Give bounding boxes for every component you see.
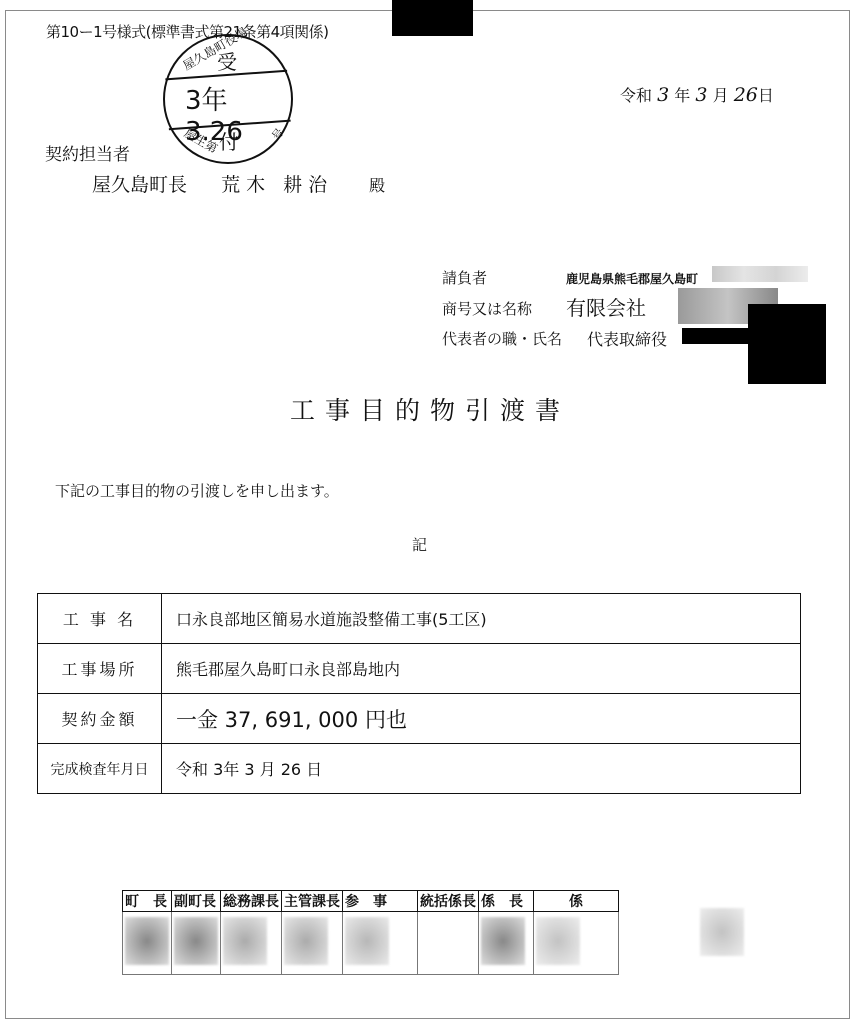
stamp-bottom-label: 付 xyxy=(219,126,239,155)
addressee: 屋久島町長 荒木 耕治 殿 xyxy=(92,170,385,197)
date-month-unit: 月 xyxy=(713,86,729,105)
seal-cell xyxy=(534,912,619,975)
document-title: 工事目的物引渡書 xyxy=(290,391,570,427)
blurred-seal xyxy=(174,917,218,965)
approval-title: 副町長 xyxy=(172,891,221,912)
row-label: 工事場所 xyxy=(38,644,162,694)
row-label: 完成検査年月日 xyxy=(38,744,162,794)
addressee-label: 契約担当者 xyxy=(45,140,130,165)
addressee-name: 荒木 耕治 xyxy=(221,174,333,196)
ki-heading: 記 xyxy=(412,534,427,555)
seal-cell xyxy=(221,912,282,975)
seal-cell xyxy=(123,912,172,975)
redaction-seal xyxy=(748,304,826,384)
blurred-seal xyxy=(345,917,389,965)
row-label: 契約金額 xyxy=(38,694,162,744)
addressee-honorific: 殿 xyxy=(369,176,385,195)
blurred-seal xyxy=(125,917,169,965)
row-value: 一金 37, 691, 000 円也 xyxy=(162,694,801,744)
approval-title: 主管課長 xyxy=(282,891,343,912)
row-value: 令和 3年 3 月 26 日 xyxy=(162,744,801,794)
seal-cell xyxy=(418,912,479,975)
approval-title: 係 xyxy=(534,891,619,912)
contractor-rep: 代表取締役 xyxy=(587,327,667,350)
date-year: 3 xyxy=(657,84,669,106)
table-row: 契約金額 一金 37, 691, 000 円也 xyxy=(38,694,801,744)
form-number: 第10ー1号様式(標準書式第21条第4項関係) xyxy=(46,21,328,42)
approval-title: 総務課長 xyxy=(221,891,282,912)
addressee-title: 屋久島町長 xyxy=(92,174,187,196)
blurred-seal xyxy=(481,917,525,965)
blurred-seal xyxy=(536,917,580,965)
date-month: 3 xyxy=(695,84,707,106)
table-row: 工 事 名 口永良部地区簡易水道施設整備工事(5工区) xyxy=(38,594,801,644)
document-date: 令和 3 年 3 月 26日 xyxy=(620,83,774,106)
approval-title: 係 長 xyxy=(479,891,534,912)
blurred-seal xyxy=(700,908,744,956)
approval-header-row: 町 長 副町長 総務課長 主管課長 参 事 統括係長 係 長 係 xyxy=(123,891,619,912)
approval-title: 統括係長 xyxy=(418,891,479,912)
stamp-top-label: 受 xyxy=(217,46,237,75)
contractor-company-label: 商号又は名称 xyxy=(442,298,532,319)
seal-cell xyxy=(343,912,418,975)
seal-cell xyxy=(282,912,343,975)
table-row: 工事場所 熊毛郡屋久島町口永良部島地内 xyxy=(38,644,801,694)
receipt-stamp: 屋久島町役場 受 3年 3.26 付 屋生第 号 xyxy=(163,34,293,164)
blurred-address xyxy=(712,266,808,282)
contractor-company: 有限会社 xyxy=(566,292,646,321)
contractor-address-label: 請負者 xyxy=(442,267,487,288)
date-day-unit: 日 xyxy=(758,86,774,105)
date-year-unit: 年 xyxy=(674,86,690,105)
seal-cell xyxy=(172,912,221,975)
date-era: 令和 xyxy=(620,86,652,105)
row-value: 口永良部地区簡易水道施設整備工事(5工区) xyxy=(162,594,801,644)
date-day: 26 xyxy=(734,84,758,106)
contractor-rep-label: 代表者の職・氏名 xyxy=(442,328,562,349)
blurred-seal xyxy=(223,917,267,965)
page-border xyxy=(5,10,850,1019)
contractor-address: 鹿児島県熊毛郡屋久島町 xyxy=(566,270,698,287)
blurred-seal xyxy=(284,917,328,965)
details-table: 工 事 名 口永良部地区簡易水道施設整備工事(5工区) 工事場所 熊毛郡屋久島町… xyxy=(37,593,801,794)
seal-cell xyxy=(479,912,534,975)
approval-table: 町 長 副町長 総務課長 主管課長 参 事 統括係長 係 長 係 xyxy=(122,890,619,975)
approval-title: 町 長 xyxy=(123,891,172,912)
redaction-top xyxy=(392,0,473,36)
table-row: 完成検査年月日 令和 3年 3 月 26 日 xyxy=(38,744,801,794)
intro-text: 下記の工事目的物の引渡しを申し出ます。 xyxy=(55,480,339,501)
approval-title: 参 事 xyxy=(343,891,418,912)
approval-seal-row xyxy=(123,912,619,975)
row-value: 熊毛郡屋久島町口永良部島地内 xyxy=(162,644,801,694)
row-label: 工 事 名 xyxy=(38,594,162,644)
